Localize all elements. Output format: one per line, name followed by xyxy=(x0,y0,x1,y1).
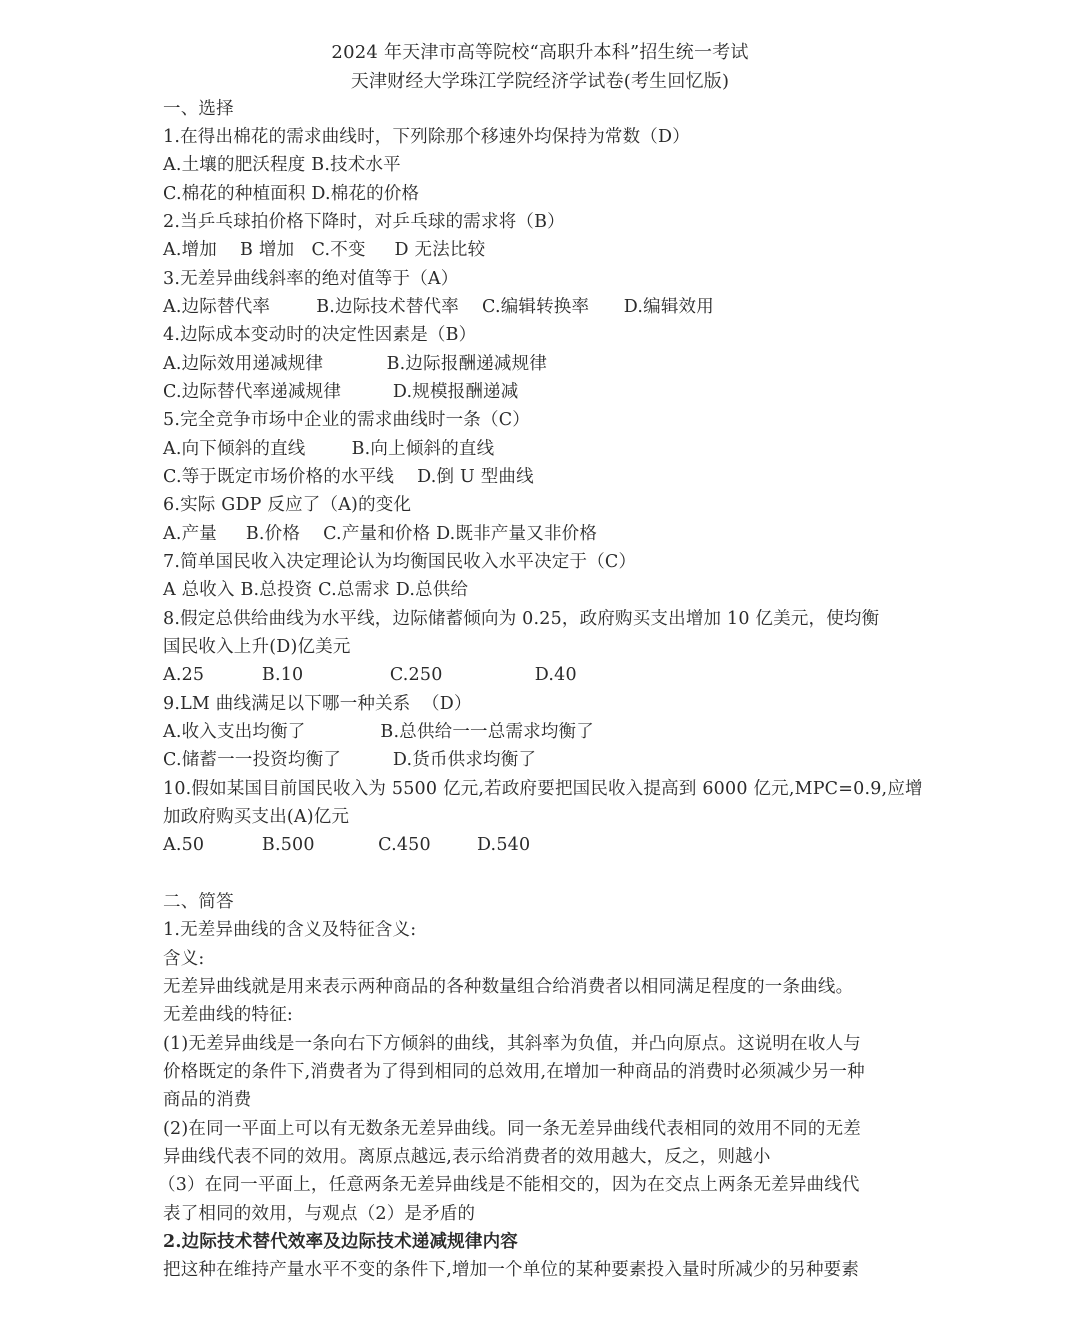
question-5-options-a: A.向下倾斜的直线 B.向上倾斜的直线 xyxy=(163,437,494,461)
features-label: 无差曲线的特征: xyxy=(163,1003,293,1027)
question-1-options-b: C.棉花的种植面积 D.棉花的价格 xyxy=(163,182,419,206)
question-9-options-b: C.储蓄一一投资均衡了 D.货币供求均衡了 xyxy=(163,748,536,772)
question-8: 8.假定总供给曲线为水平线，边际储蓄倾向为 0.25，政府购买支出增加 10 亿… xyxy=(163,607,879,631)
exam-page: 2024 年天津市高等院校“高职升本科”招生统一考试 天津财经大学珠江学院经济学… xyxy=(0,0,1080,1323)
feature-2-line-1: (2)在同一平面上可以有无数条无差异曲线。同一条无差异曲线代表相同的效用不同的无… xyxy=(163,1117,861,1141)
question-7-options: A 总收入 B.总投资 C.总需求 D.总供给 xyxy=(163,578,468,602)
question-2-options: A.增加 B 增加 C.不变 D 无法比较 xyxy=(163,238,485,262)
feature-3-line-1: （3）在同一平面上，任意两条无差异曲线是不能相交的，因为在交点上两条无差异曲线代 xyxy=(158,1173,860,1197)
short-answer-1-title: 1.无差异曲线的含义及特征含义: xyxy=(163,918,416,942)
section-heading-short-answer: 二、简答 xyxy=(163,890,234,914)
feature-1-line-3: 商品的消费 xyxy=(163,1088,252,1112)
question-4: 4.边际成本变动时的决定性因素是（B） xyxy=(163,323,476,347)
question-9-options-a: A.收入支出均衡了 B.总供给一一总需求均衡了 xyxy=(163,720,594,744)
question-10-cont: 加政府购买支出(A)亿元 xyxy=(163,805,349,829)
feature-2-line-2: 异曲线代表不同的效用。离原点越远,表示给消费者的效用越大，反之，则越小 xyxy=(163,1145,771,1169)
question-2: 2.当乒乓球拍价格下降时，对乒乓球的需求将（B） xyxy=(163,210,565,234)
question-6-options: A.产量 B.价格 C.产量和价格 D.既非产量又非价格 xyxy=(163,522,597,546)
question-10: 10.假如某国目前国民收入为 5500 亿元,若政府要把国民收入提高到 6000… xyxy=(163,777,923,801)
question-4-options-b: C.边际替代率递减规律 D.规模报酬递减 xyxy=(163,380,518,404)
short-answer-2-title: 2.边际技术替代效率及边际技术递减规律内容 xyxy=(163,1230,518,1254)
meaning-text: 无差异曲线就是用来表示两种商品的各种数量组合给消费者以相同满足程度的一条曲线。 xyxy=(163,975,853,999)
question-6: 6.实际 GDP 反应了（A)的变化 xyxy=(163,493,411,517)
title-line-2: 天津财经大学珠江学院经济学试卷(考生回忆版) xyxy=(0,70,1080,94)
question-1-options-a: A.土壤的肥沃程度 B.技术水平 xyxy=(163,153,401,177)
question-9: 9.LM 曲线满足以下哪一种关系 （D） xyxy=(163,692,472,716)
question-1: 1.在得出棉花的需求曲线时，下列除那个移速外均保持为常数（D） xyxy=(163,125,690,149)
question-3: 3.无差异曲线斜率的绝对值等于（A） xyxy=(163,267,458,291)
question-7: 7.简单国民收入决定理论认为均衡国民收入水平决定于（C） xyxy=(163,550,636,574)
feature-3-line-2: 表了相同的效用，与观点（2）是矛盾的 xyxy=(163,1202,475,1226)
title-line-1: 2024 年天津市高等院校“高职升本科”招生统一考试 xyxy=(0,41,1080,65)
feature-1-line-1: (1)无差异曲线是一条向右下方倾斜的曲线，其斜率为负值，并凸向原点。这说明在收人… xyxy=(163,1032,861,1056)
question-3-options: A.边际替代率 B.边际技术替代率 C.编辑转换率 D.编辑效用 xyxy=(163,295,714,319)
section-heading-choice: 一、选择 xyxy=(163,97,234,121)
question-8-cont: 国民收入上升(D)亿美元 xyxy=(163,635,351,659)
feature-1-line-2: 价格既定的条件下,消费者为了得到相同的总效用,在增加一种商品的消费时必须减少另一… xyxy=(163,1060,865,1084)
question-4-options-a: A.边际效用递减规律 B.边际报酬递减规律 xyxy=(163,352,547,376)
question-10-options: A.50 B.500 C.450 D.540 xyxy=(163,833,530,857)
question-5: 5.完全竞争市场中企业的需求曲线时一条（C） xyxy=(163,408,530,432)
question-5-options-b: C.等于既定市场价格的水平线 D.倒 U 型曲线 xyxy=(163,465,534,489)
short-answer-2-text: 把这种在维持产量水平不变的条件下,增加一个单位的某种要素投入量时所减少的另种要素 xyxy=(163,1258,859,1282)
meaning-label: 含义: xyxy=(163,947,205,971)
question-8-options: A.25 B.10 C.250 D.40 xyxy=(163,663,577,687)
